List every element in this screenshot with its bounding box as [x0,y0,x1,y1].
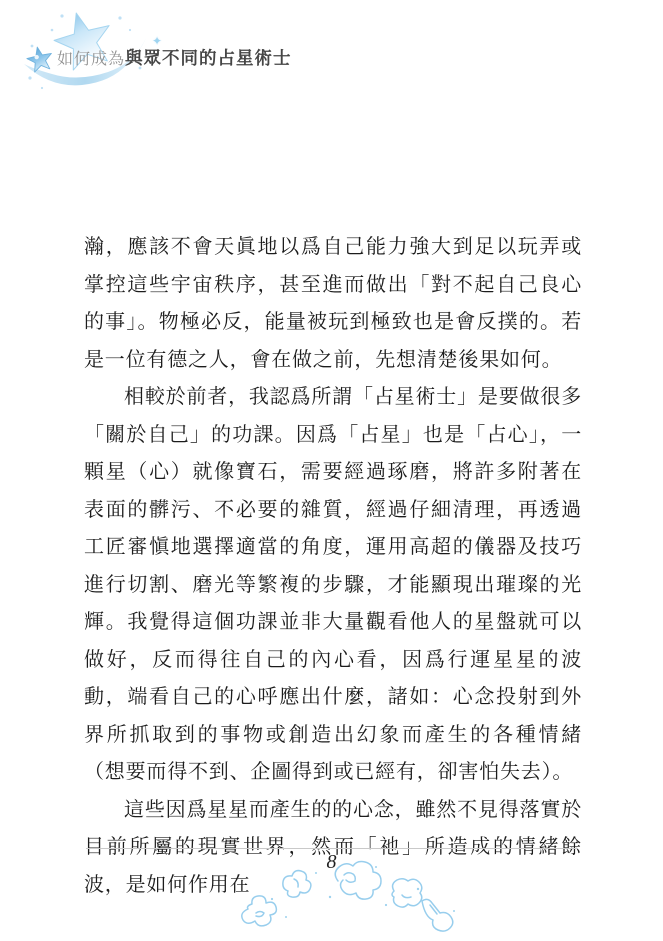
title-light-part: 如何成為 [57,51,125,68]
footer-divider [86,848,578,849]
title-bold-part: 與眾不同的占星術士 [125,48,292,68]
body-paragraph: 相較於前者，我認爲所謂「占星術士」是要做很多「關於自己」的功課。因爲「占星」也是… [84,379,582,792]
body-paragraph: 瀚，應該不會天眞地以爲自己能力強大到足以玩弄或掌控這些宇宙秩序，甚至進而做出「對… [84,229,582,379]
running-head-title: 如何成為與眾不同的占星術士 [57,45,292,70]
page-body-text: 瀚，應該不會天眞地以爲自己能力強大到足以玩弄或掌控這些宇宙秩序，甚至進而做出「對… [84,229,582,904]
small-star-shape [25,44,54,73]
book-page: 如何成為與眾不同的占星術士 ✦ 瀚，應該不會天眞地以爲自己能力強大到足以玩弄或掌… [0,0,663,941]
title-sparkle-icon: ✦ [150,34,164,48]
page-header: 如何成為與眾不同的占星術士 ✦ [0,0,663,100]
page-number: 8 [0,851,663,874]
